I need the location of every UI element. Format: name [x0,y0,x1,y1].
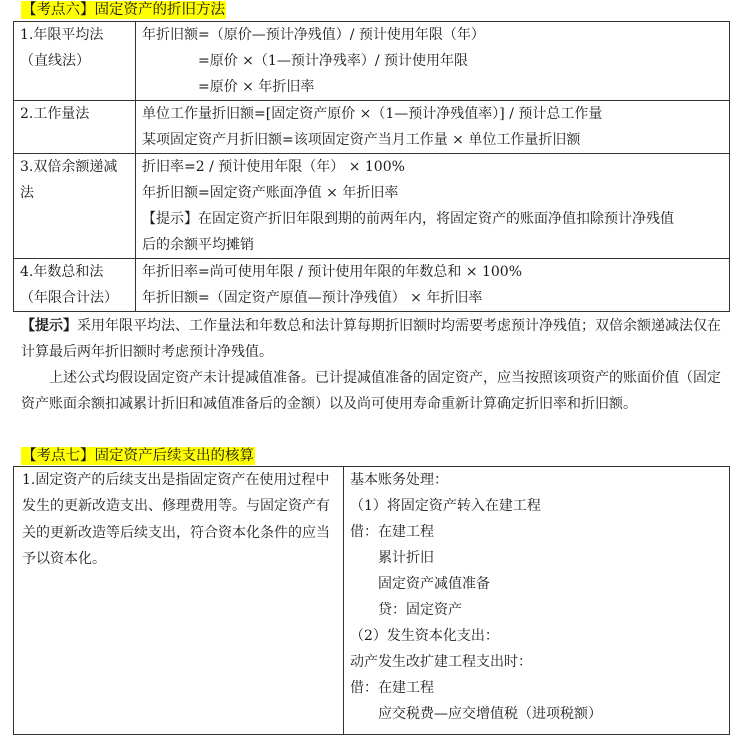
entry-line: （1）将固定资产转入在建工程 [350,493,729,519]
definition-cell: 1.固定资产的后续支出是指固定资产在使用过程中发生的更新改造支出、修理费用等。与… [14,467,344,735]
method-alias: （直线法） [20,48,135,74]
entry-line: 贷：固定资产 [350,597,729,623]
entry-line: 动产发生改扩建工程支出时： [350,649,729,675]
depreciation-methods-table: 1.年限平均法 （直线法） 年折旧额=（原价—预计净残值）/ 预计使用年限（年）… [13,21,730,312]
method-cell: 2.工作量法 [14,101,136,154]
formula-line: 单位工作量折旧额=[固定资产原价 ×（1—预计净残值率）] / 预计总工作量 [142,101,729,127]
table-row: 1.固定资产的后续支出是指固定资产在使用过程中发生的更新改造支出、修理费用等。与… [14,467,730,735]
formula-line: 年折旧额=（原价—预计净残值）/ 预计使用年限（年） [142,22,729,48]
table-row-straight-line: 1.年限平均法 （直线法） 年折旧额=（原价—预计净残值）/ 预计使用年限（年）… [14,22,730,101]
tip-text: 采用年限平均法、工作量法和年数总和法计算每期折旧额时均需要考虑预计净残值；双倍余… [21,318,721,360]
formula-line: =原价 × 年折旧率 [142,74,729,100]
formula-cell: 年折旧额=（原价—预计净残值）/ 预计使用年限（年） =原价 ×（1—预计净残率… [136,22,730,101]
method-name: 2.工作量法 [20,101,135,127]
entry-line: 借：在建工程 [350,675,729,701]
entry-line: 固定资产减值准备 [350,571,729,597]
entry-line: 应交税费—应交增值税（进项税额） [350,701,729,727]
formula-cell: 年折旧率=尚可使用年限 / 预计使用年限的年数总和 × 100% 年折旧额=（固… [136,259,730,312]
tip-line: 【提示】在固定资产折旧年限到期的前两年内，将固定资产的账面净值扣除预计净残值 [142,206,729,232]
method-cell: 3.双倍余额递减 法 [14,154,136,259]
method-cell: 4.年数总和法 （年限合计法） [14,259,136,312]
formula-cell: 折旧率=2 / 预计使用年限（年） × 100% 年折旧额=固定资产账面净值 ×… [136,154,730,259]
method-name-cont: 法 [20,180,135,206]
formula-line: 某项固定资产月折旧额=该项固定资产当月工作量 × 单位工作量折旧额 [142,127,729,153]
table-row-units-of-production: 2.工作量法 单位工作量折旧额=[固定资产原价 ×（1—预计净残值率）] / 预… [14,101,730,154]
subsequent-expenditure-table: 1.固定资产的后续支出是指固定资产在使用过程中发生的更新改造支出、修理费用等。与… [13,466,730,735]
method-cell: 1.年限平均法 （直线法） [14,22,136,101]
entry-line: 基本账务处理： [350,467,729,493]
formula-line: =原价 ×（1—预计净残率）/ 预计使用年限 [142,48,729,74]
formula-line: 年折旧额=固定资产账面净值 × 年折旧率 [142,180,729,206]
method-alias: （年限合计法） [20,285,135,311]
method-name: 4.年数总和法 [20,259,135,285]
definition-text: 1.固定资产的后续支出是指固定资产在使用过程中发生的更新改造支出、修理费用等。与… [22,467,335,572]
section6-title: 【考点六】固定资产的折旧方法 [21,1,226,19]
formula-line: 年折旧率=尚可使用年限 / 预计使用年限的年数总和 × 100% [142,259,729,285]
formula-cell: 单位工作量折旧额=[固定资产原价 ×（1—预计净残值率）] / 预计总工作量 某… [136,101,730,154]
table-row-double-declining: 3.双倍余额递减 法 折旧率=2 / 预计使用年限（年） × 100% 年折旧额… [14,154,730,259]
section6-notes: 【提示】采用年限平均法、工作量法和年数总和法计算每期折旧额时均需要考虑预计净残值… [21,313,721,417]
accounting-cell: 基本账务处理： （1）将固定资产转入在建工程 借：在建工程 累计折旧 固定资产减… [344,467,730,735]
section7-title: 【考点七】固定资产后续支出的核算 [21,447,255,465]
entry-line: 累计折旧 [350,545,729,571]
tip-line: 后的余额平均摊销 [142,232,729,258]
tip-label: 【提示】 [21,318,77,334]
entry-line: （2）发生资本化支出： [350,623,729,649]
entry-line: 借：在建工程 [350,519,729,545]
method-name: 1.年限平均法 [20,22,135,48]
method-name: 3.双倍余额递减 [20,154,135,180]
formula-line: 折旧率=2 / 预计使用年限（年） × 100% [142,154,729,180]
table-row-sum-of-years: 4.年数总和法 （年限合计法） 年折旧率=尚可使用年限 / 预计使用年限的年数总… [14,259,730,312]
tip-paragraph: 【提示】采用年限平均法、工作量法和年数总和法计算每期折旧额时均需要考虑预计净残值… [21,313,721,365]
body-paragraph: 上述公式均假设固定资产未计提减值准备。已计提减值准备的固定资产，应当按照该项资产… [21,365,721,417]
formula-line: 年折旧额=（固定资产原值—预计净残值） × 年折旧率 [142,285,729,311]
